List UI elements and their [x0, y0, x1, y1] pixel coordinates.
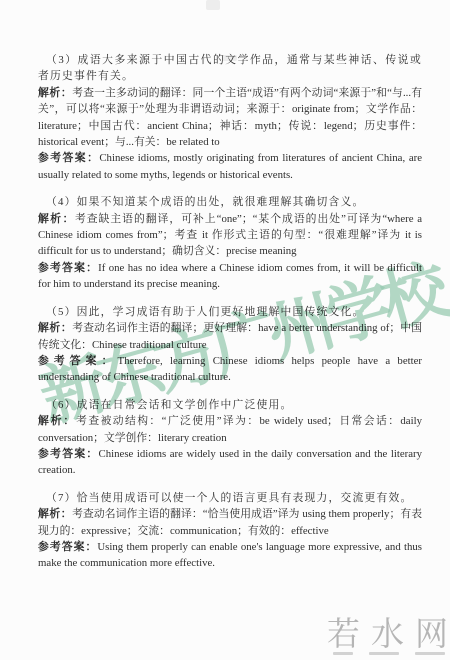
analysis-label: 解析：: [38, 87, 72, 99]
document-page: （3）成语大多来源于中国古代的文学作品，通常与某些神话、传说或者历史事件有关。 …: [0, 0, 450, 660]
analysis-text: 考查被动结构：“广泛使用”译为：be widely used；日常会话：dail…: [38, 415, 422, 443]
exercise-item-6: （6）成语在日常会话和文学创作中广泛使用。 解析：考查被动结构：“广泛使用”译为…: [38, 397, 422, 479]
analysis-label: 解析：: [38, 508, 72, 520]
answer-label: 参考答案：: [38, 262, 98, 274]
question-body: 因此，学习成语有助于人们更好地理解中国传统文化。: [77, 306, 365, 318]
answer-label: 参考答案：: [38, 152, 99, 164]
logo-tagline-bar: [369, 652, 399, 655]
answer-paragraph: 参考答案：Chinese idioms, mostly originating …: [38, 150, 422, 183]
analysis-label: 解析：: [38, 322, 72, 334]
analysis-text: 考查缺主语的翻译，可补上“one”；“某个成语的出处”可译为“where a C…: [38, 213, 422, 258]
analysis-paragraph: 解析：考查被动结构：“广泛使用”译为：be widely used；日常会话：d…: [38, 413, 422, 446]
question-text: （6）成语在日常会话和文学创作中广泛使用。: [38, 397, 422, 413]
exercise-item-4: （4）如果不知道某个成语的出处，就很难理解其确切含义。 解析：考查缺主语的翻译，…: [38, 194, 422, 292]
question-number: （3）: [46, 54, 78, 66]
answer-label: 参考答案：: [38, 355, 117, 367]
analysis-paragraph: 解析：考查一主多动词的翻译：同一个主语“成语”有两个动词“来源于”和“与...有…: [38, 85, 422, 151]
question-text: （5）因此，学习成语有助于人们更好地理解中国传统文化。: [38, 304, 422, 320]
question-body: 成语大多来源于中国古代的文学作品，通常与某些神话、传说或者历史事件有关。: [38, 54, 422, 82]
question-number: （4）: [46, 196, 77, 208]
document-content: （3）成语大多来源于中国古代的文学作品，通常与某些神话、传说或者历史事件有关。 …: [38, 52, 422, 572]
question-text: （3）成语大多来源于中国古代的文学作品，通常与某些神话、传说或者历史事件有关。: [38, 52, 422, 85]
logo-tagline-bar: [415, 652, 445, 655]
answer-paragraph: 参考答案：If one has no idea where a Chinese …: [38, 260, 422, 293]
answer-paragraph: 参考答案：Therefore, learning Chinese idioms …: [38, 353, 422, 386]
question-body: 成语在日常会话和文学创作中广泛使用。: [77, 399, 293, 411]
logo-tagline: [333, 652, 445, 655]
exercise-item-5: （5）因此，学习成语有助于人们更好地理解中国传统文化。 解析：考查动名词作主语的…: [38, 304, 422, 386]
answer-label: 参考答案：: [38, 448, 99, 460]
analysis-label: 解析：: [38, 415, 76, 427]
question-text: （7）恰当使用成语可以使一个人的语言更具有表现力，交流更有效。: [38, 490, 422, 506]
exercise-item-7: （7）恰当使用成语可以使一个人的语言更具有表现力，交流更有效。 解析：考查动名词…: [38, 490, 422, 572]
analysis-paragraph: 解析：考查缺主语的翻译，可补上“one”；“某个成语的出处”可译为“where …: [38, 211, 422, 260]
analysis-paragraph: 解析：考查动名词作主语的翻译：“恰当使用成语”译为 using them pro…: [38, 506, 422, 539]
analysis-text: 考查一主多动词的翻译：同一个主语“成语”有两个动词“来源于”和“与...有关”，…: [38, 87, 422, 148]
ruoshui-site-logo: 若水网: [327, 608, 450, 655]
question-number: （6）: [46, 399, 77, 411]
answer-label: 参考答案：: [38, 541, 97, 553]
question-text: （4）如果不知道某个成语的出处，就很难理解其确切含义。: [38, 194, 422, 210]
scan-artifact: [206, 0, 220, 10]
analysis-label: 解析：: [38, 213, 75, 225]
analysis-paragraph: 解析：考查动名词作主语的翻译；更好理解：have a better unders…: [38, 320, 422, 353]
answer-paragraph: 参考答案：Chinese idioms are widely used in t…: [38, 446, 422, 479]
analysis-text: 考查动名词作主语的翻译；更好理解：have a better understan…: [38, 322, 422, 350]
analysis-text: 考查动名词作主语的翻译：“恰当使用成语”译为 using them proper…: [38, 508, 422, 536]
question-number: （5）: [46, 306, 77, 318]
question-number: （7）: [46, 492, 77, 504]
question-body: 如果不知道某个成语的出处，就很难理解其确切含义。: [77, 196, 365, 208]
question-body: 恰当使用成语可以使一个人的语言更具有表现力，交流更有效。: [77, 492, 413, 504]
exercise-item-3: （3）成语大多来源于中国古代的文学作品，通常与某些神话、传说或者历史事件有关。 …: [38, 52, 422, 183]
answer-paragraph: 参考答案：Using them properly can enable one'…: [38, 539, 422, 572]
logo-tagline-bar: [333, 652, 353, 655]
